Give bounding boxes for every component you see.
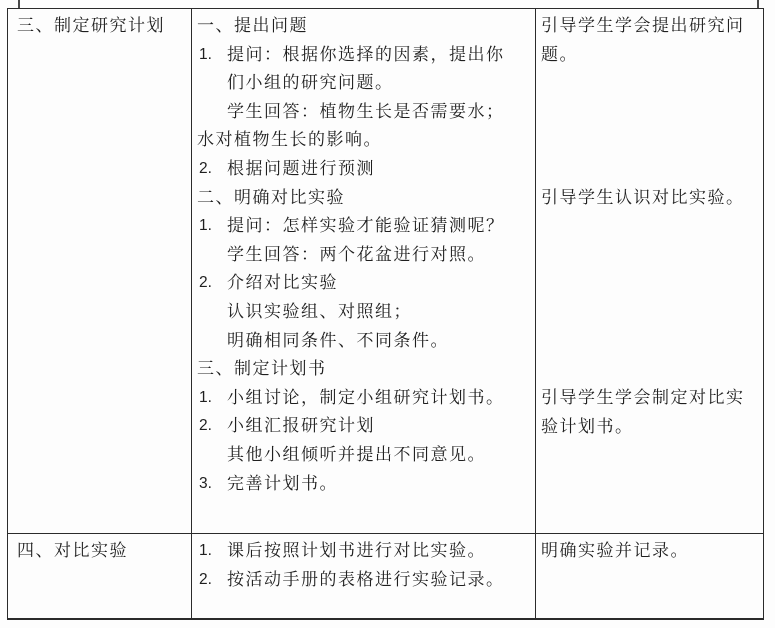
- process-lines: 1.课后按照计划书进行对比实验。2.按活动手册的表格进行实验记录。: [197, 537, 530, 594]
- teacher-note: 引导学生学会提出研究问题。: [541, 12, 747, 69]
- document-page: 三、制定研究计划 一、提出问题1.提问：根据你选择的因素，提出你们小组的研究问题…: [0, 0, 775, 628]
- teacher-note: 引导学生认识对比实验。: [541, 184, 747, 213]
- process-line-text: 提问：怎样实验才能验证猜测呢？: [227, 216, 505, 235]
- process-line-text: 提问：根据你选择的因素，提出你: [227, 45, 505, 64]
- process-line-text: 根据问题进行预测: [227, 159, 375, 178]
- list-number: 3.: [199, 470, 212, 499]
- stage-cell: 三、制定研究计划: [8, 9, 192, 534]
- process-cell: 1.课后按照计划书进行对比实验。2.按活动手册的表格进行实验记录。: [192, 534, 536, 620]
- table-row: 三、制定研究计划 一、提出问题1.提问：根据你选择的因素，提出你们小组的研究问题…: [8, 9, 764, 534]
- list-number: 1.: [199, 41, 212, 70]
- process-line-text: 们小组的研究问题。: [227, 73, 394, 92]
- process-line-text: 按活动手册的表格进行实验记录。: [227, 570, 505, 589]
- process-line: 1.课后按照计划书进行对比实验。: [197, 537, 530, 566]
- process-line: 明确相同条件、不同条件。: [197, 327, 530, 356]
- teacher-note: 引导学生学会制定对比实验计划书。: [541, 384, 747, 441]
- teacher-note: 明确实验并记录。: [541, 537, 747, 566]
- list-number: 2.: [199, 155, 212, 184]
- process-section-heading: 三、制定计划书: [197, 355, 530, 384]
- process-line-text: 学生回答：植物生长是否需要水；: [227, 102, 505, 121]
- teacher-notes: 引导学生学会提出研究问题。引导学生认识对比实验。引导学生学会制定对比实验计划书。: [541, 12, 758, 530]
- process-line: 2.按活动手册的表格进行实验记录。: [197, 566, 530, 595]
- stage-label: 三、制定研究计划: [17, 12, 186, 41]
- process-cell: 一、提出问题1.提问：根据你选择的因素，提出你们小组的研究问题。学生回答：植物生…: [192, 9, 536, 534]
- process-line-text: 认识实验组、对照组；: [227, 302, 412, 321]
- process-line: 学生回答：两个花盆进行对照。: [197, 241, 530, 270]
- process-line: 1.提问：怎样实验才能验证猜测呢？: [197, 212, 530, 241]
- process-line-text: 小组讨论，制定小组研究计划书。: [227, 388, 505, 407]
- process-line: 2.根据问题进行预测: [197, 155, 530, 184]
- process-line: 3.完善计划书。: [197, 470, 530, 499]
- process-line-text: 介绍对比实验: [227, 273, 338, 292]
- process-section-heading: 二、明确对比实验: [197, 184, 530, 213]
- list-number: 2.: [199, 269, 212, 298]
- process-line-text: 水对植物生长的影响。: [197, 130, 382, 149]
- notes-cell: 引导学生学会提出研究问题。引导学生认识对比实验。引导学生学会制定对比实验计划书。: [536, 9, 764, 534]
- lesson-plan-table: 三、制定研究计划 一、提出问题1.提问：根据你选择的因素，提出你们小组的研究问题…: [7, 8, 764, 620]
- process-line-text: 课后按照计划书进行对比实验。: [227, 541, 486, 560]
- process-section-heading: 一、提出问题: [197, 12, 530, 41]
- process-line-text: 完善计划书。: [227, 474, 338, 493]
- process-line: 认识实验组、对照组；: [197, 298, 530, 327]
- process-line-text: 二、明确对比实验: [197, 188, 345, 207]
- process-line: 其他小组倾听并提出不同意见。: [197, 441, 530, 470]
- teacher-notes: 明确实验并记录。: [541, 537, 758, 615]
- stage-label: 四、对比实验: [17, 537, 186, 566]
- process-line-text: 其他小组倾听并提出不同意见。: [227, 445, 486, 464]
- process-line: 2.介绍对比实验: [197, 269, 530, 298]
- notes-cell: 明确实验并记录。: [536, 534, 764, 620]
- list-number: 1.: [199, 212, 212, 241]
- list-number: 1.: [199, 537, 212, 566]
- process-line-text: 一、提出问题: [197, 16, 308, 35]
- process-line-text: 学生回答：两个花盆进行对照。: [227, 245, 486, 264]
- process-line: 2.小组汇报研究计划: [197, 412, 530, 441]
- process-line: 1.提问：根据你选择的因素，提出你: [197, 41, 530, 70]
- table-row: 四、对比实验 1.课后按照计划书进行对比实验。2.按活动手册的表格进行实验记录。…: [8, 534, 764, 620]
- process-line-text: 小组汇报研究计划: [227, 416, 375, 435]
- list-number: 2.: [199, 412, 212, 441]
- list-number: 1.: [199, 384, 212, 413]
- process-line: 们小组的研究问题。: [197, 69, 530, 98]
- list-number: 2.: [199, 566, 212, 595]
- process-lines: 一、提出问题1.提问：根据你选择的因素，提出你们小组的研究问题。学生回答：植物生…: [197, 12, 530, 498]
- process-line-text: 明确相同条件、不同条件。: [227, 331, 449, 350]
- process-line: 1.小组讨论，制定小组研究计划书。: [197, 384, 530, 413]
- stage-cell: 四、对比实验: [8, 534, 192, 620]
- process-line-text: 三、制定计划书: [197, 359, 327, 378]
- process-line: 学生回答：植物生长是否需要水；: [197, 98, 530, 127]
- process-line: 水对植物生长的影响。: [197, 126, 530, 155]
